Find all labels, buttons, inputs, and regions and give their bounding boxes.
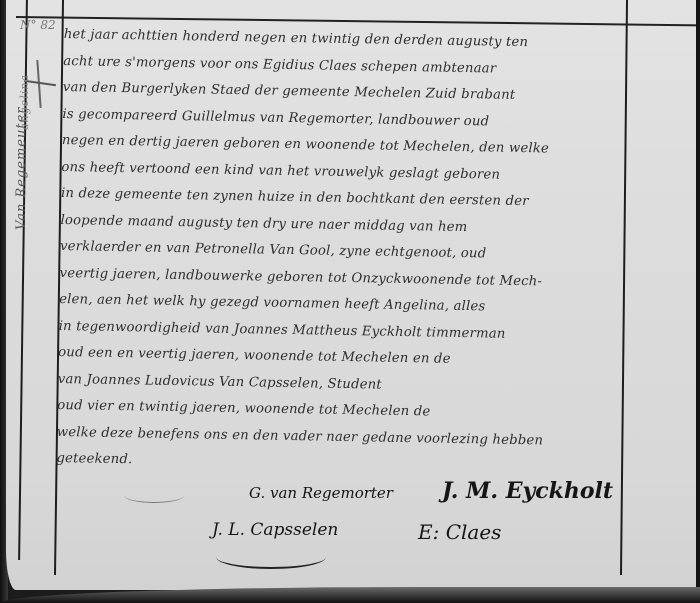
- signature-flourish: [216, 545, 326, 569]
- signature-witness-capsselen: J. L. Capsselen: [212, 520, 338, 540]
- entry-body: het jaar achttien honderd negen en twint…: [56, 22, 622, 482]
- register-page: N° 82 Van Regemeuter angelina het jaar a…: [6, 0, 700, 590]
- margin-annotation-given-name: angelina: [18, 74, 31, 130]
- signature-witness-eyckholt: J. M. Eyckholt: [442, 478, 613, 504]
- right-rule-line: [620, 0, 628, 575]
- page-edge-right: [696, 0, 700, 600]
- entry-number: N° 82: [20, 18, 56, 32]
- signature-father: G. van Regemorter: [249, 484, 393, 502]
- signature-officer-claes: E: Claes: [418, 520, 501, 544]
- closing-flourish: [124, 488, 184, 503]
